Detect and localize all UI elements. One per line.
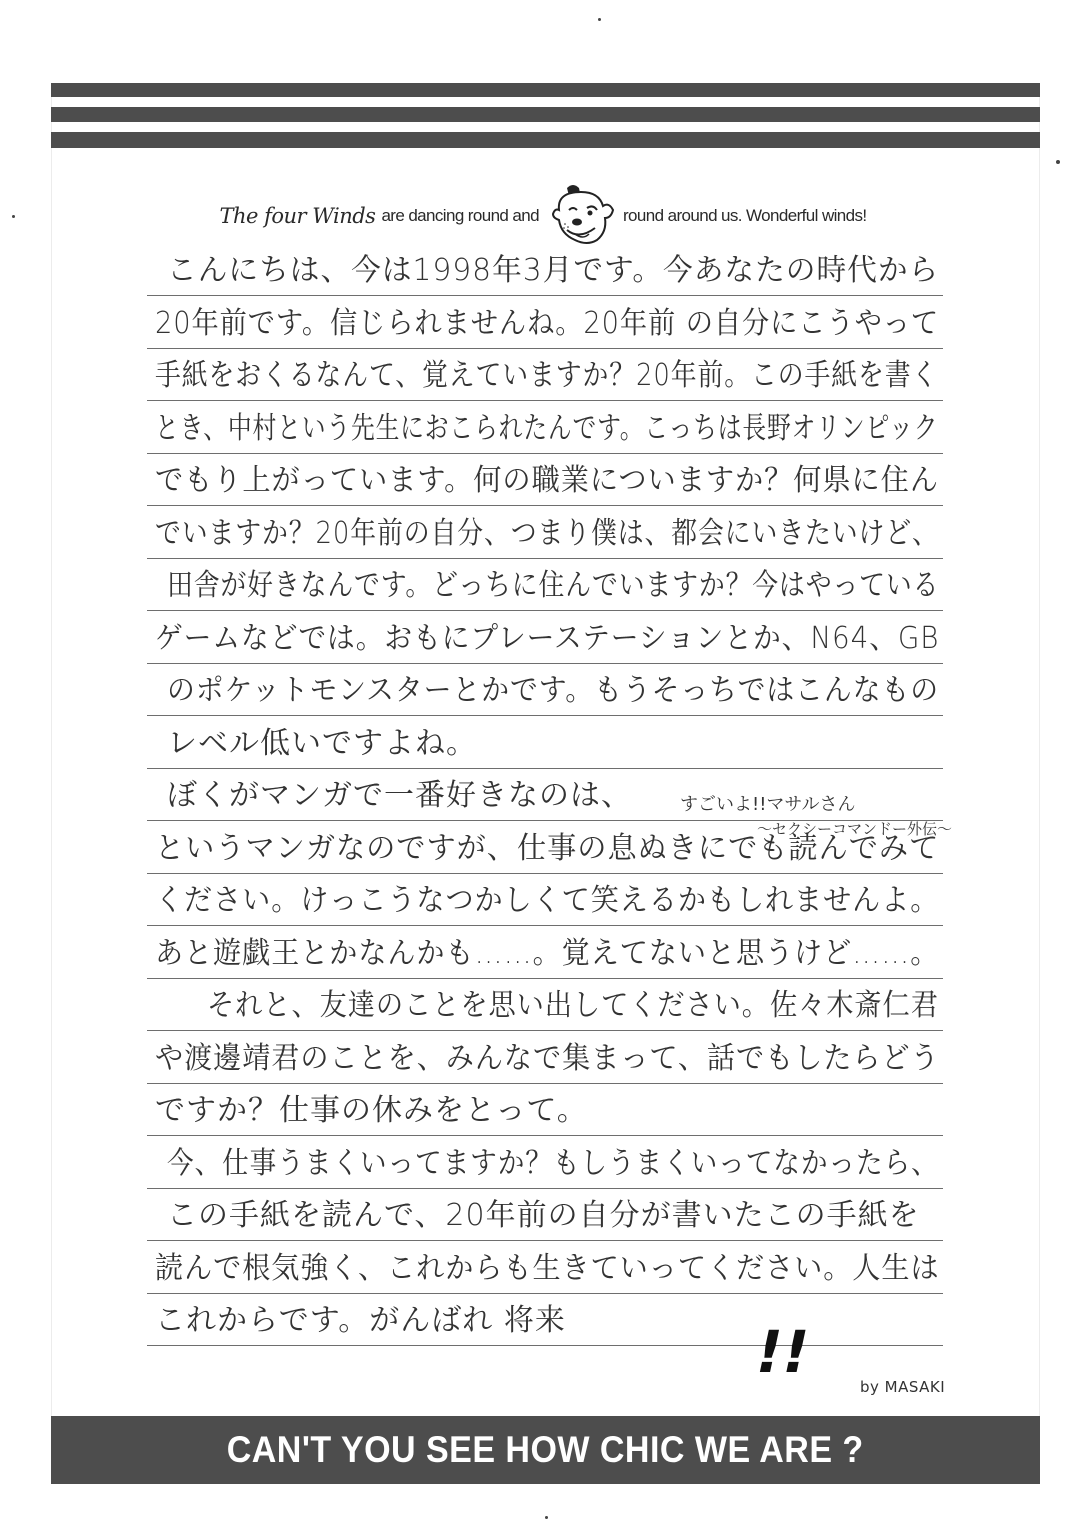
letter-line: 読んで根気強く、これからも生きていってください。人生は [147, 1241, 943, 1294]
letter-line-text: 読んで根気強く、これからも生きていってください。人生は [155, 1243, 940, 1287]
manga-title-line1: すごいよ!!マサルさん [680, 790, 856, 816]
letter-line-text: 20年前です。信じられませんね。20年前 の自分にこうやって [155, 298, 939, 342]
scan-speck [545, 1516, 548, 1519]
footer-bar: CAN'T YOU SEE HOW CHIC WE ARE ? [51, 1416, 1040, 1484]
letter-line: これからです。がんばれ 将来 [147, 1294, 943, 1347]
letter-line: ですか？仕事の休みをとって。 [147, 1084, 943, 1137]
motto-script-text: The four Winds [219, 204, 375, 228]
header-stripe [51, 107, 1040, 122]
motto-text-before: are dancing round and [381, 206, 539, 226]
letter-line-text: でもり上がっています。何の職業についますか？何県に住ん [155, 455, 939, 499]
letter-line: でいますか？20年前の自分、つまり僕は、都会にいきたいけど、 [147, 506, 943, 559]
letter-line-text: ください。けっこうなつかしくて笑えるかもしれませんよ。 [155, 875, 939, 919]
letter-line-text: 今、仕事うまくいってますか？もしうまくいってなかったら、 [167, 1138, 939, 1182]
letter-line-text: のポケットモンスターとかです。もうそっちではこんなもの [167, 665, 939, 709]
letter-line: ください。けっこうなつかしくて笑えるかもしれませんよ。 [147, 874, 943, 927]
letter-line-text: でいますか？20年前の自分、つまり僕は、都会にいきたいけど、 [155, 508, 939, 552]
letter-line: 手紙をおくるなんて、覚えていますか？20年前。この手紙を書く [147, 349, 943, 402]
letter-line-text: や渡邊靖君のことを、みんなで集まって、話でもしたらどう [155, 1033, 940, 1077]
header-stripe [51, 132, 1040, 148]
letter-line-text: この手紙を読んで、20年前の自分が書いたこの手紙を [167, 1190, 920, 1234]
letter-line-text: とき、中村という先生におこられたんです。こっちは長野オリンピック [155, 403, 938, 447]
letter-line: 今、仕事うまくいってますか？もしうまくいってなかったら、 [147, 1136, 943, 1189]
letter-line-text: それと、友達のことを思い出してください。佐々木斎仁君 [207, 980, 939, 1024]
letter-line-text: レベル低いですよね。 [167, 718, 477, 762]
scan-speck [1056, 160, 1060, 164]
letter-line-text: こんにちは、今は1998年3月です。今あなたの時代から [167, 245, 939, 289]
scan-speck [12, 215, 15, 218]
letter-line-text: ゲームなどでは。おもにプレーステーションとか、N64、GB [155, 613, 939, 657]
letter-line: この手紙を読んで、20年前の自分が書いたこの手紙を [147, 1189, 943, 1242]
letter-line: 20年前です。信じられませんね。20年前 の自分にこうやって [147, 296, 943, 349]
letter-line-text: ぼくがマンガで一番好きなのは、 [167, 770, 632, 814]
bulldog-face-icon [545, 180, 617, 252]
letter-line-text: 手紙をおくるなんて、覚えていますか？20年前。この手紙を書く [155, 350, 938, 394]
letter-line: ゲームなどでは。おもにプレーステーションとか、N64、GB [147, 611, 943, 664]
letter-line-text: これからです。がんばれ 将来 [155, 1295, 566, 1339]
motto-text-after: round around us. Wonderful winds! [623, 206, 867, 226]
letter-line-text: 田舎が好きなんです。どっちに住んでいますか？今はやっている [167, 560, 939, 604]
header-stripe [51, 83, 1040, 97]
footer-slogan: CAN'T YOU SEE HOW CHIC WE ARE ? [227, 1429, 864, 1471]
letter-line: とき、中村という先生におこられたんです。こっちは長野オリンピック [147, 401, 943, 454]
manga-title-line2: 〜セクシーコマンドー外伝〜 [757, 818, 952, 839]
letter-line: それと、友達のことを思い出してください。佐々木斎仁君 [147, 979, 943, 1032]
letter-line: のポケットモンスターとかです。もうそっちではこんなもの [147, 664, 943, 717]
letter-line-text: あと遊戯王とかなんかも……。覚えてないと思うけど……。 [155, 928, 939, 972]
scan-speck [598, 18, 601, 21]
letter-line: でもり上がっています。何の職業についますか？何県に住ん [147, 454, 943, 507]
letter-line: こんにちは、今は1998年3月です。今あなたの時代から [147, 244, 943, 297]
letter-line: あと遊戯王とかなんかも……。覚えてないと思うけど……。 [147, 926, 943, 979]
letter-line: 田舎が好きなんです。どっちに住んでいますか？今はやっている [147, 559, 943, 612]
letter-line-text: ですか？仕事の休みをとって。 [155, 1085, 588, 1129]
letter-line: レベル低いですよね。 [147, 716, 943, 769]
header-motto: The four Winds are dancing round and rou… [0, 180, 1086, 252]
letter-line: や渡邊靖君のことを、みんなで集まって、話でもしたらどう [147, 1031, 943, 1084]
signature: by MASAKI [860, 1378, 945, 1396]
